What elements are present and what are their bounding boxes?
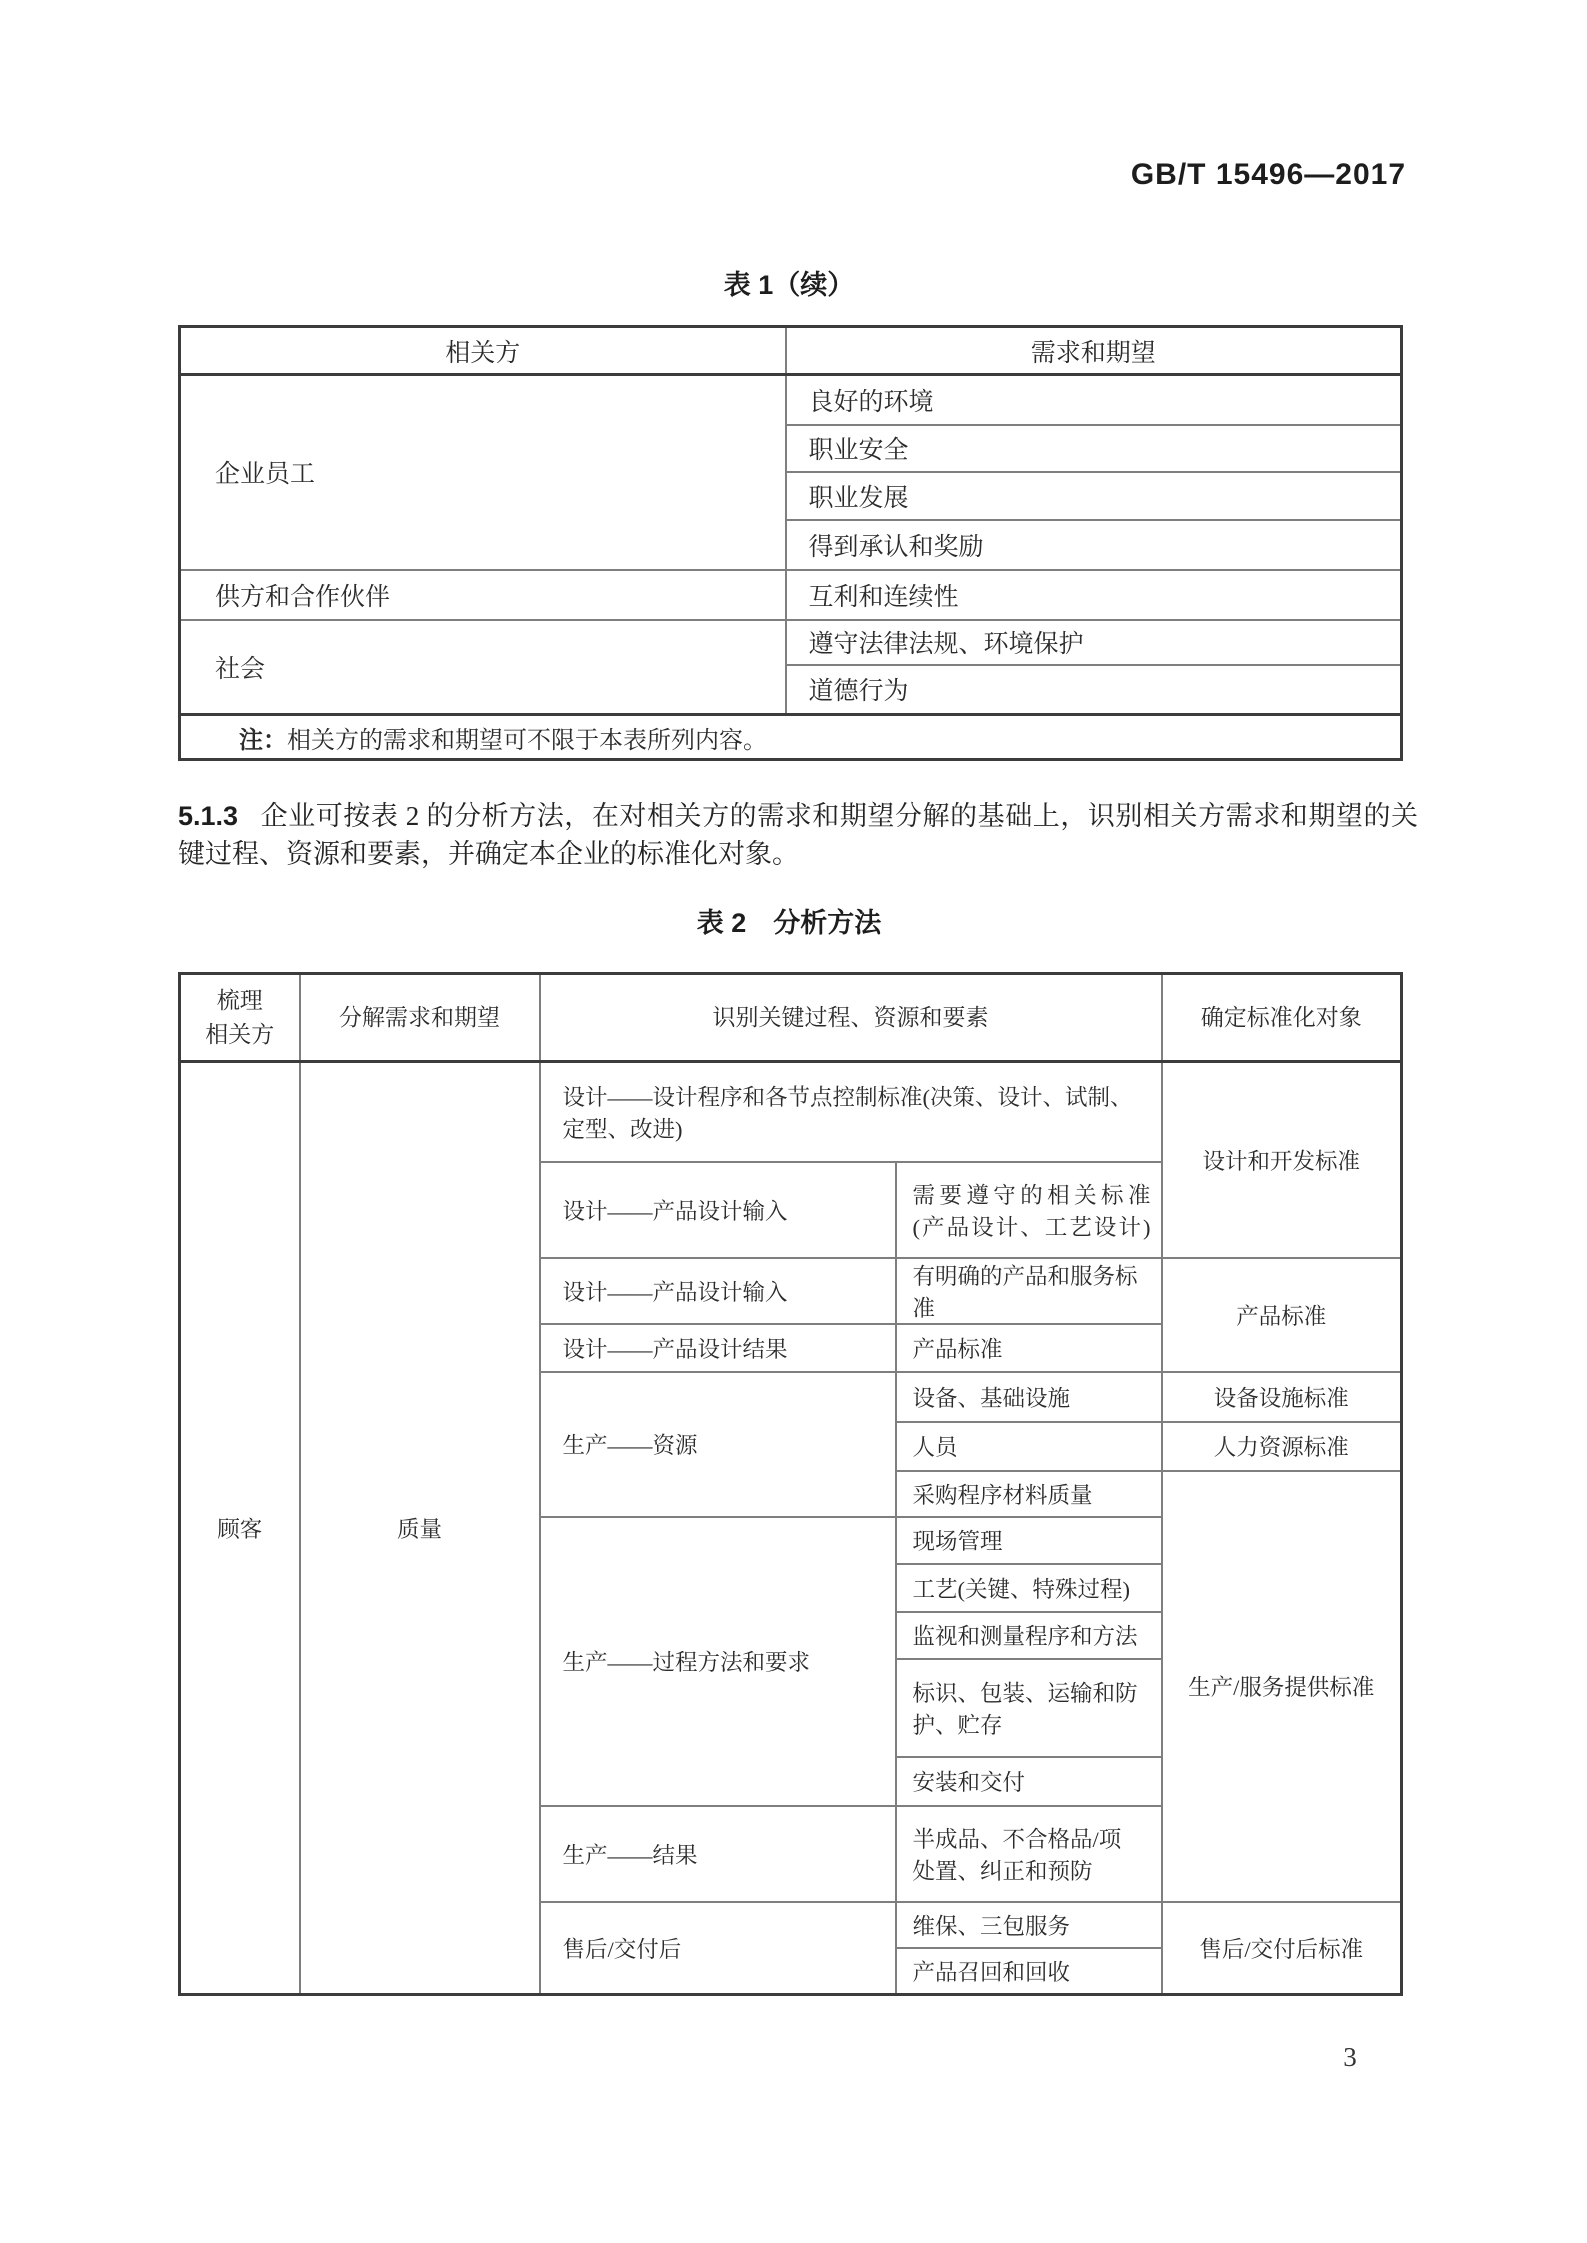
table1: 相关方 需求和期望 企业员工 良好的环境 职业安全 职业发展 得到承认和奖励 供… [178, 325, 1403, 761]
table1-caption: 表 1（续） [178, 263, 1400, 302]
process-cell: 设计——设计程序和各节点控制标准(决策、设计、试制、 定型、改进) [540, 1062, 1162, 1162]
need-cell: 互利和连续性 [786, 570, 1402, 620]
table1-col-needs-header: 需求和期望 [786, 327, 1402, 375]
need-cell: 良好的环境 [786, 375, 1402, 425]
element-cell: 产品标准 [896, 1324, 1162, 1372]
clause-5-1-3: 5.1.3企业可按表 2 的分析方法，在对相关方的需求和期望分解的基础上，识别相… [178, 797, 1418, 873]
table1-note: 注：相关方的需求和期望可不限于本表所列内容。 [180, 715, 1402, 760]
element-cell: 维保、三包服务 [896, 1902, 1162, 1948]
table2-col3-header: 识别关键过程、资源和要素 [540, 974, 1162, 1062]
table2-col1-header: 梳理 相关方 [180, 974, 300, 1062]
element-cell: 现场管理 [896, 1517, 1162, 1564]
standard-cell-production: 生产/服务提供标准 [1162, 1471, 1402, 1902]
need-cell: 职业安全 [786, 425, 1402, 472]
standard-cell-product: 产品标准 [1162, 1258, 1402, 1372]
table1-note-row: 注：相关方的需求和期望可不限于本表所列内容。 [180, 715, 1402, 760]
table2-col2-header: 分解需求和期望 [300, 974, 540, 1062]
table2-caption: 表 2 分析方法 [178, 901, 1400, 940]
table2-col4-header: 确定标准化对象 [1162, 974, 1402, 1062]
clause-text: 企业可按表 2 的分析方法，在对相关方的需求和期望分解的基础上，识别相关方需求和… [178, 801, 1418, 869]
table-row: 顾客 质量 设计——设计程序和各节点控制标准(决策、设计、试制、 定型、改进) … [180, 1062, 1402, 1162]
need-cell: 得到承认和奖励 [786, 520, 1402, 570]
process-cell-aftersales: 售后/交付后 [540, 1902, 896, 1995]
element-cell: 设备、基础设施 [896, 1372, 1162, 1422]
note-label: 注： [239, 728, 287, 754]
standard-cell-aftersales: 售后/交付后标准 [1162, 1902, 1402, 1995]
note-text: 相关方的需求和期望可不限于本表所列内容。 [287, 728, 767, 754]
element-cell: 产品召回和回收 [896, 1948, 1162, 1995]
party-cell-society: 社会 [180, 620, 786, 715]
table-row: 供方和合作伙伴 互利和连续性 [180, 570, 1402, 620]
element-cell: 监视和测量程序和方法 [896, 1612, 1162, 1659]
table2-header-row: 梳理 相关方 分解需求和期望 识别关键过程、资源和要素 确定标准化对象 [180, 974, 1402, 1062]
table1-col-party-header: 相关方 [180, 327, 786, 375]
standard-cell-design: 设计和开发标准 [1162, 1062, 1402, 1258]
process-cell: 设计——产品设计输入 [540, 1162, 896, 1258]
element-cell: 人员 [896, 1422, 1162, 1471]
process-cell: 设计——产品设计输入 [540, 1258, 896, 1324]
need-cell: 遵守法律法规、环境保护 [786, 620, 1402, 665]
clause-number: 5.1.3 [178, 801, 238, 831]
table-row: 社会 遵守法律法规、环境保护 [180, 620, 1402, 665]
standard-cell-equipment: 设备设施标准 [1162, 1372, 1402, 1422]
element-cell: 半成品、不合格品/项 处置、纠正和预防 [896, 1806, 1162, 1902]
party-cell-employees: 企业员工 [180, 375, 786, 570]
table-row: 企业员工 良好的环境 [180, 375, 1402, 425]
page-number: 3 [1310, 2042, 1390, 2073]
party-cell-suppliers: 供方和合作伙伴 [180, 570, 786, 620]
need-cell: 道德行为 [786, 665, 1402, 715]
col1-header-line1: 梳理 [182, 984, 298, 1018]
standard-code: GB/T 15496—2017 [900, 158, 1406, 192]
process-cell-methods: 生产——过程方法和要求 [540, 1517, 896, 1806]
table1-header-row: 相关方 需求和期望 [180, 327, 1402, 375]
standard-cell-hr: 人力资源标准 [1162, 1422, 1402, 1471]
need-cell: 职业发展 [786, 472, 1402, 520]
element-cell: 有明确的产品和服务标准 [896, 1258, 1162, 1324]
process-cell-results: 生产——结果 [540, 1806, 896, 1902]
col1-header-line2: 相关方 [182, 1018, 298, 1052]
element-cell: 需要遵守的相关标准 (产品设计、工艺设计) [896, 1162, 1162, 1258]
element-cell: 安装和交付 [896, 1757, 1162, 1806]
element-cell: 标识、包装、运输和防 护、贮存 [896, 1659, 1162, 1757]
element-cell: 工艺(关键、特殊过程) [896, 1564, 1162, 1612]
need-cell-quality: 质量 [300, 1062, 540, 1995]
party-cell-customer: 顾客 [180, 1062, 300, 1995]
document-page: GB/T 15496—2017 表 1（续） 相关方 需求和期望 企业员工 良好… [0, 0, 1587, 2243]
element-cell: 采购程序材料质量 [896, 1471, 1162, 1517]
process-cell-resources: 生产——资源 [540, 1372, 896, 1517]
process-cell: 设计——产品设计结果 [540, 1324, 896, 1372]
table2: 梳理 相关方 分解需求和期望 识别关键过程、资源和要素 确定标准化对象 顾客 质… [178, 972, 1403, 1996]
